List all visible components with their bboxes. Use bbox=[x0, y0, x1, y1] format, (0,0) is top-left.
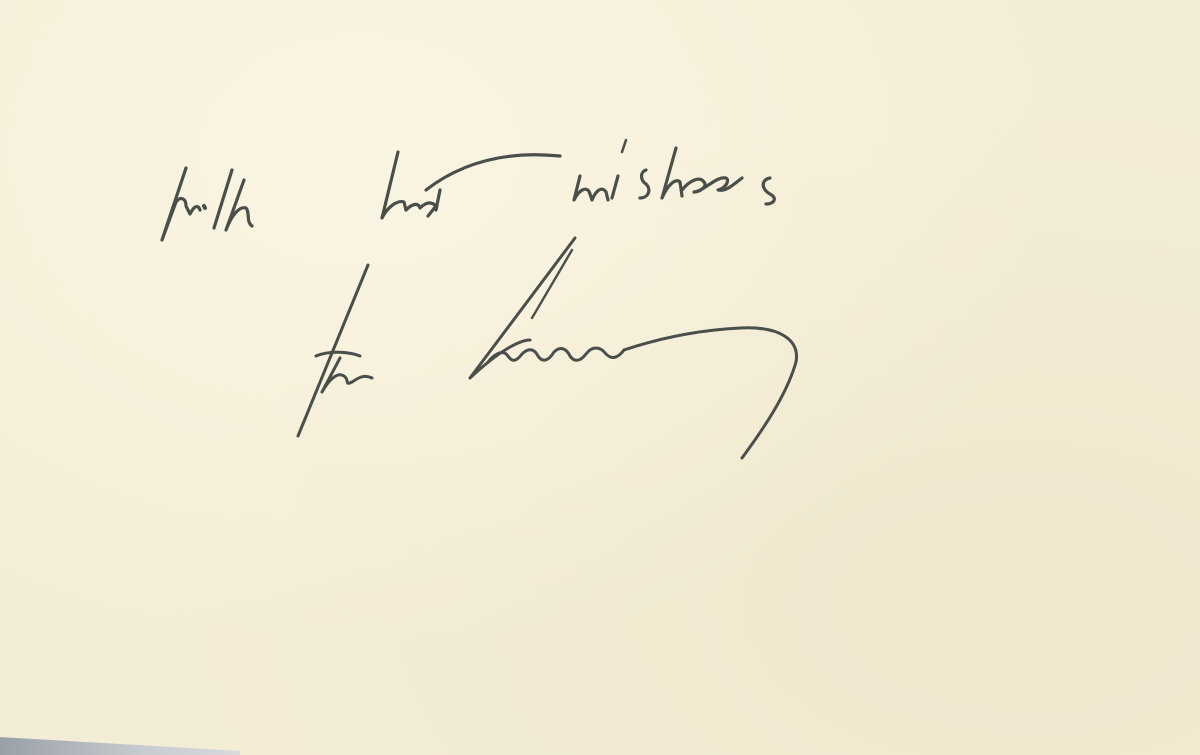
handwriting bbox=[0, 0, 1200, 755]
card-edge-shadow bbox=[0, 725, 1200, 755]
signature bbox=[298, 238, 797, 458]
autograph-card: with best wishes John Kennedy bbox=[0, 0, 1200, 755]
inscription-line bbox=[162, 140, 774, 240]
